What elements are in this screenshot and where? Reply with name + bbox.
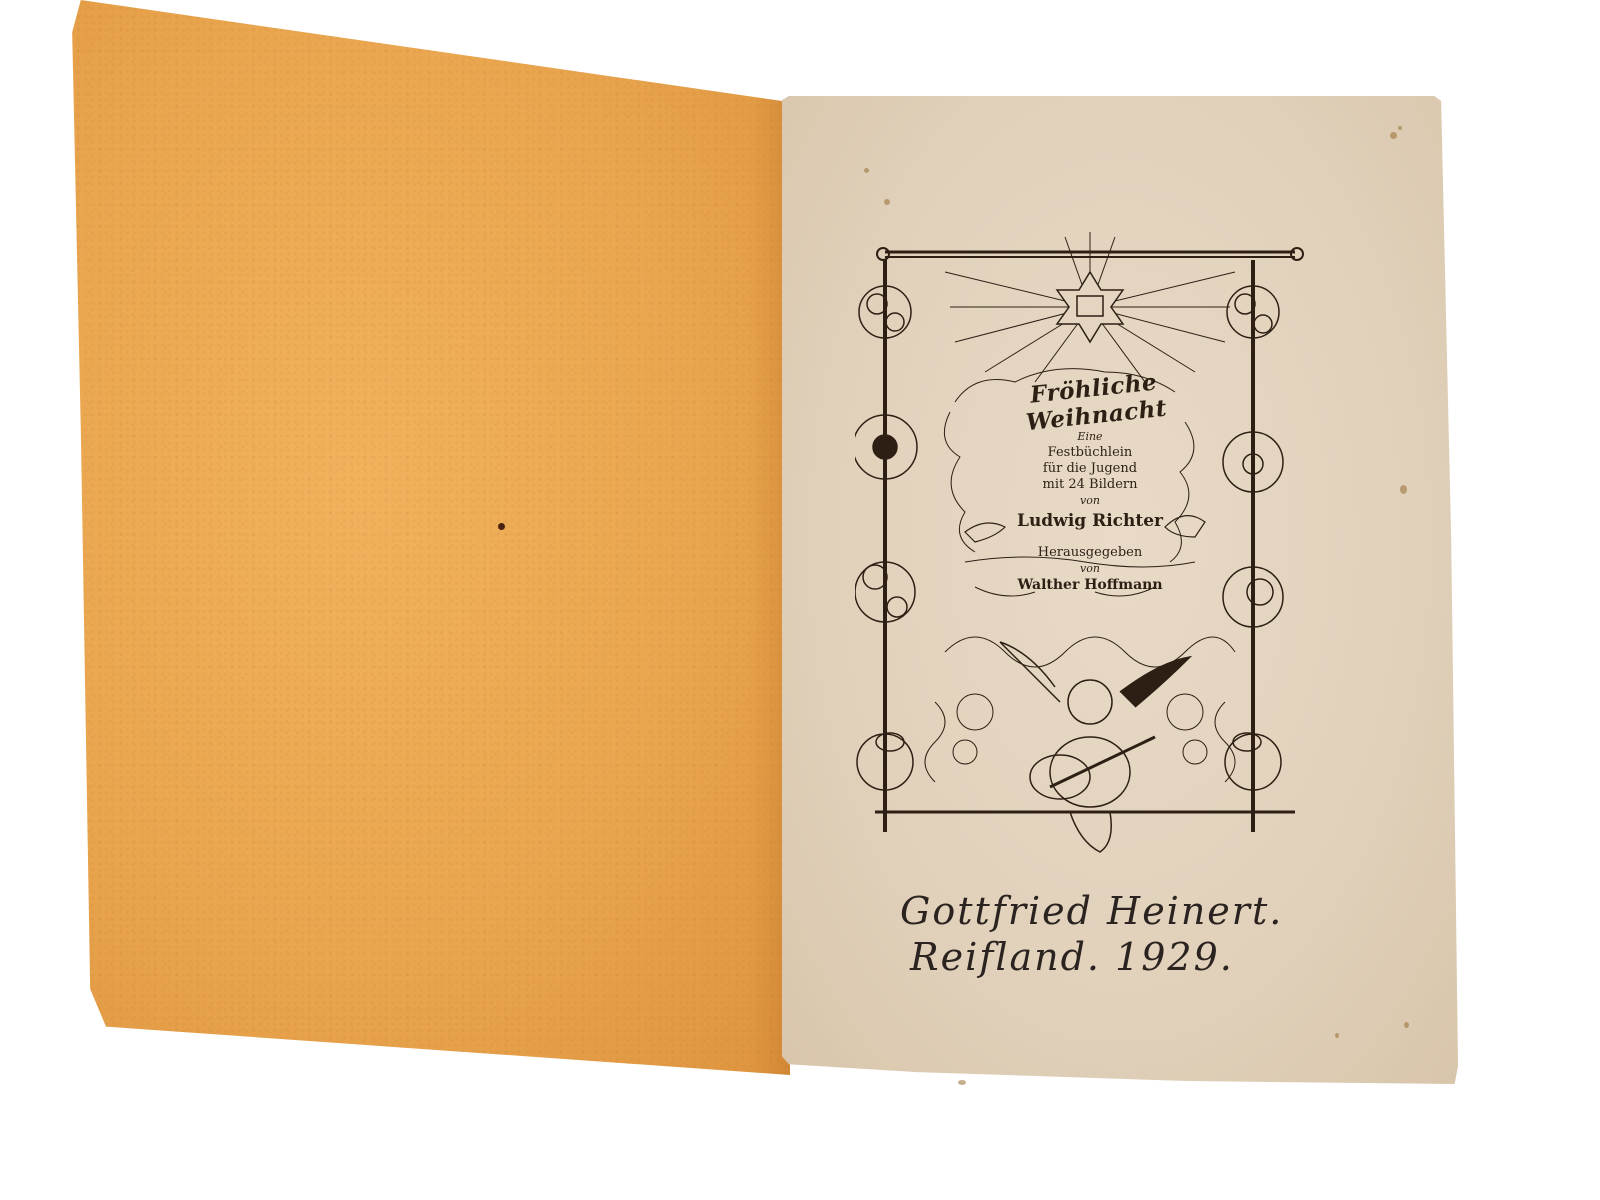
- foxing-spot: [864, 168, 869, 173]
- editor-prefix: Herausgegeben: [960, 545, 1220, 561]
- subtitle-von: von: [960, 493, 1220, 509]
- subtitle-festbuechlein: Festbüchlein: [960, 445, 1220, 461]
- foxing-spot: [1404, 1022, 1409, 1028]
- foxing-spot: [1390, 132, 1397, 139]
- handwritten-inscription: Gottfried Heinert. Reifland. 1929.: [900, 888, 1283, 980]
- foxing-spot: [1335, 1033, 1339, 1038]
- editor-von: von: [960, 561, 1220, 577]
- foxing-spot: [1398, 126, 1402, 130]
- author-name: Ludwig Richter: [960, 511, 1220, 531]
- title-block: Fröhliche Weihnacht Eine Festbüchlein fü…: [960, 375, 1220, 593]
- subtitle-bildern: mit 24 Bildern: [960, 477, 1220, 493]
- inscription-name: Gottfried Heinert.: [900, 888, 1283, 934]
- foxing-spot: [1400, 485, 1407, 494]
- foxing-spot: [958, 1080, 966, 1085]
- foxing-spot: [884, 199, 890, 205]
- book-spread: Fröhliche Weihnacht Eine Festbüchlein fü…: [0, 0, 1600, 1200]
- left-endpaper: [70, 0, 790, 1075]
- editor-name: Walther Hoffmann: [960, 577, 1220, 593]
- paper-hole: [498, 523, 505, 530]
- inscription-place-year: Reifland. 1929.: [900, 934, 1283, 980]
- subtitle-jugend: für die Jugend: [960, 461, 1220, 477]
